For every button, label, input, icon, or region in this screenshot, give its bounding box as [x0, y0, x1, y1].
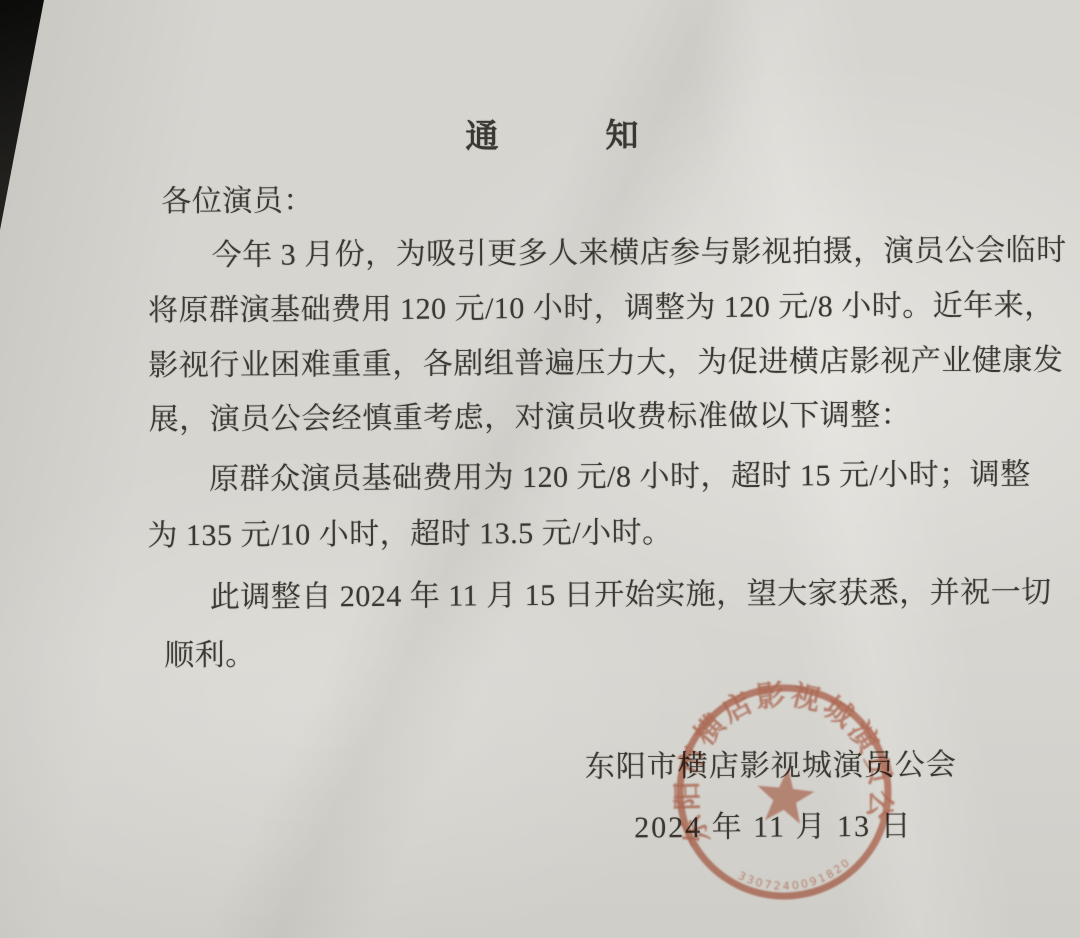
body-line: 原群众演员基础费用为 120 元/8 小时，超时 15 元/小时；调整: [209, 449, 1031, 498]
body-line: 今年 3 月份，为吸引更多人来横店参与影视拍摄，演员公会临时: [212, 225, 1067, 274]
body-line: 展，演员公会经慎重考虑，对演员收费标准做以下调整：: [149, 390, 912, 439]
body-line: 影视行业困难重重，各剧组普遍压力大，为促进横店影视产业健康发: [148, 335, 1063, 385]
seal-ring-text: 东阳市横店影视城演员公会: [652, 660, 905, 862]
official-seal-stamp: 东阳市横店影视城演员公会 3307240091820: [650, 658, 919, 927]
body-line: 将原群演基础费用 120 元/10 小时，调整为 120 元/8 小时。近年来，: [148, 280, 1055, 330]
notice-document: 通 知 各位演员： 今年 3 月份，为吸引更多人来横店参与影视拍摄，演员公会临时…: [0, 0, 1080, 938]
body-line: 此调整自 2024 年 11 月 15 日开始实施，望大家获悉，并祝一切: [210, 567, 1052, 616]
notice-title: 通 知: [148, 107, 958, 159]
svg-text:东阳市横店影视城演员公会: 东阳市横店影视城演员公会: [652, 660, 905, 862]
star-icon: [754, 765, 816, 825]
body-line: 顺利。: [164, 630, 256, 675]
body-line: 为 135 元/10 小时，超时 13.5 元/小时。: [147, 507, 672, 554]
salutation-line: 各位演员：: [161, 175, 314, 220]
document-photo: 通 知 各位演员： 今年 3 月份，为吸引更多人来横店参与影视拍摄，演员公会临时…: [0, 0, 1080, 938]
